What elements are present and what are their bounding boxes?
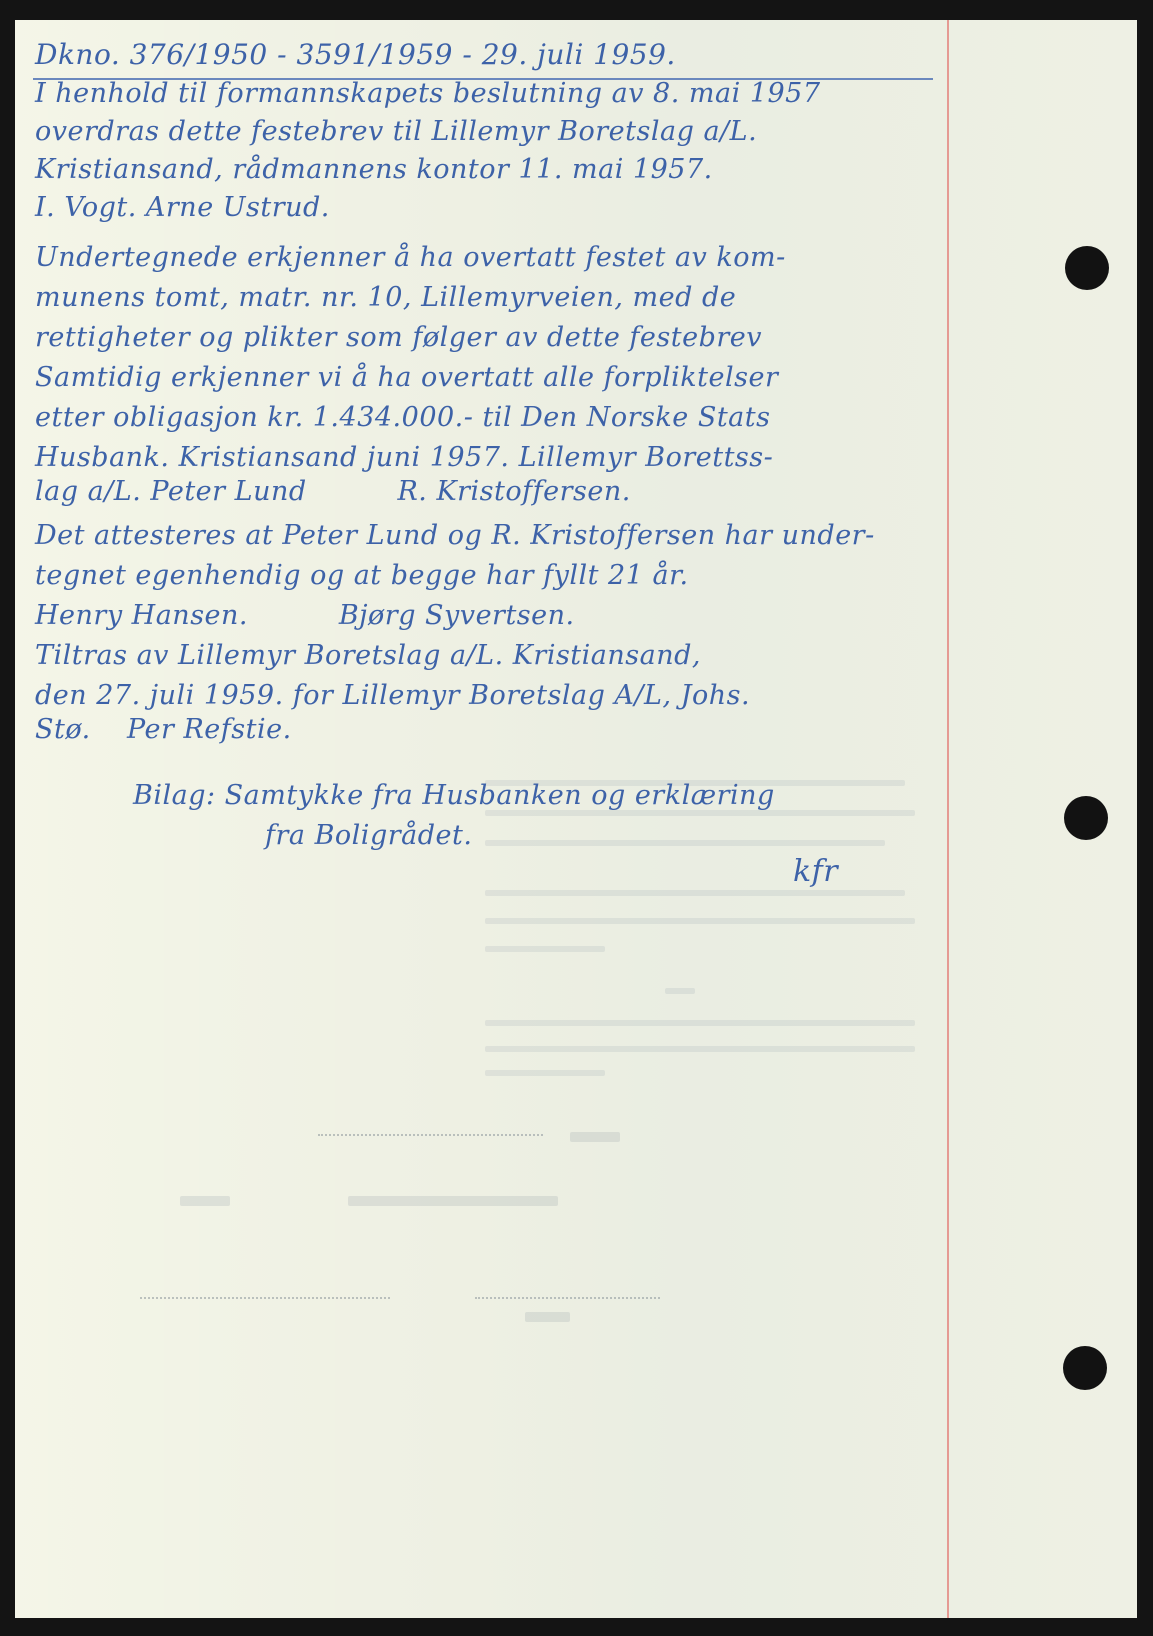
text-line: overdras dette festebrev til Lillemyr Bo…: [35, 116, 917, 147]
text-line: munens tomt, matr. nr. 10, Lillemyrveien…: [35, 282, 917, 313]
bleed-through: [665, 988, 695, 994]
text-line: Husbank. Kristiansand juni 1957. Lillemy…: [35, 442, 917, 473]
bleed-through: [485, 946, 605, 952]
witness-signature-line: Henry Hansen. Bjørg Syvertsen.: [35, 600, 917, 631]
bleed-through: [485, 1046, 915, 1052]
punch-hole-top: [1065, 246, 1109, 290]
signature-dotted-line: [318, 1134, 543, 1136]
text-line: tegnet egenhendig og at begge har fyllt …: [35, 560, 917, 591]
bleed-through: [180, 1196, 230, 1206]
attachment-note: fra Boligrådet.: [265, 820, 917, 851]
bleed-through: [485, 918, 915, 924]
bleed-through: [485, 1020, 915, 1026]
bleed-through: [525, 1312, 570, 1322]
signature-line: Stø. Per Refstie.: [35, 714, 917, 745]
case-reference-header: Dkno. 376/1950 - 3591/1959 - 29. juli 19…: [35, 38, 917, 71]
bleed-through: [348, 1196, 558, 1206]
signature-line: lag a/L. Peter Lund R. Kristoffersen.: [35, 476, 917, 507]
red-margin-line: [947, 20, 949, 1618]
bleed-through: [485, 1070, 605, 1076]
text-line: Det attesteres at Peter Lund og R. Krist…: [35, 520, 917, 551]
text-line: Samtidig erkjenner vi å ha overtatt alle…: [35, 362, 917, 393]
signature-line: I. Vogt. Arne Ustrud.: [35, 192, 917, 223]
signature-dotted-line: [475, 1297, 660, 1299]
punch-hole-middle: [1064, 796, 1108, 840]
clerk-initials: kfr: [793, 854, 917, 889]
attachment-note: Bilag: Samtykke fra Husbanken og erklæri…: [133, 780, 917, 811]
document-page: Dkno. 376/1950 - 3591/1959 - 29. juli 19…: [15, 20, 1137, 1618]
text-line: Tiltras av Lillemyr Boretslag a/L. Krist…: [35, 640, 917, 671]
text-line: Kristiansand, rådmannens kontor 11. mai …: [35, 154, 917, 185]
text-line: I henhold til formannskapets beslutning …: [35, 78, 917, 109]
text-line: etter obligasjon kr. 1.434.000.- til Den…: [35, 402, 917, 433]
text-line: den 27. juli 1959. for Lillemyr Boretsla…: [35, 680, 917, 711]
signature-dotted-line: [140, 1297, 390, 1299]
punch-hole-bottom: [1063, 1346, 1107, 1390]
bleed-through: [570, 1132, 620, 1142]
text-line: Undertegnede erkjenner å ha overtatt fes…: [35, 242, 917, 273]
bleed-through: [485, 890, 905, 896]
text-line: rettigheter og plikter som følger av det…: [35, 322, 917, 353]
